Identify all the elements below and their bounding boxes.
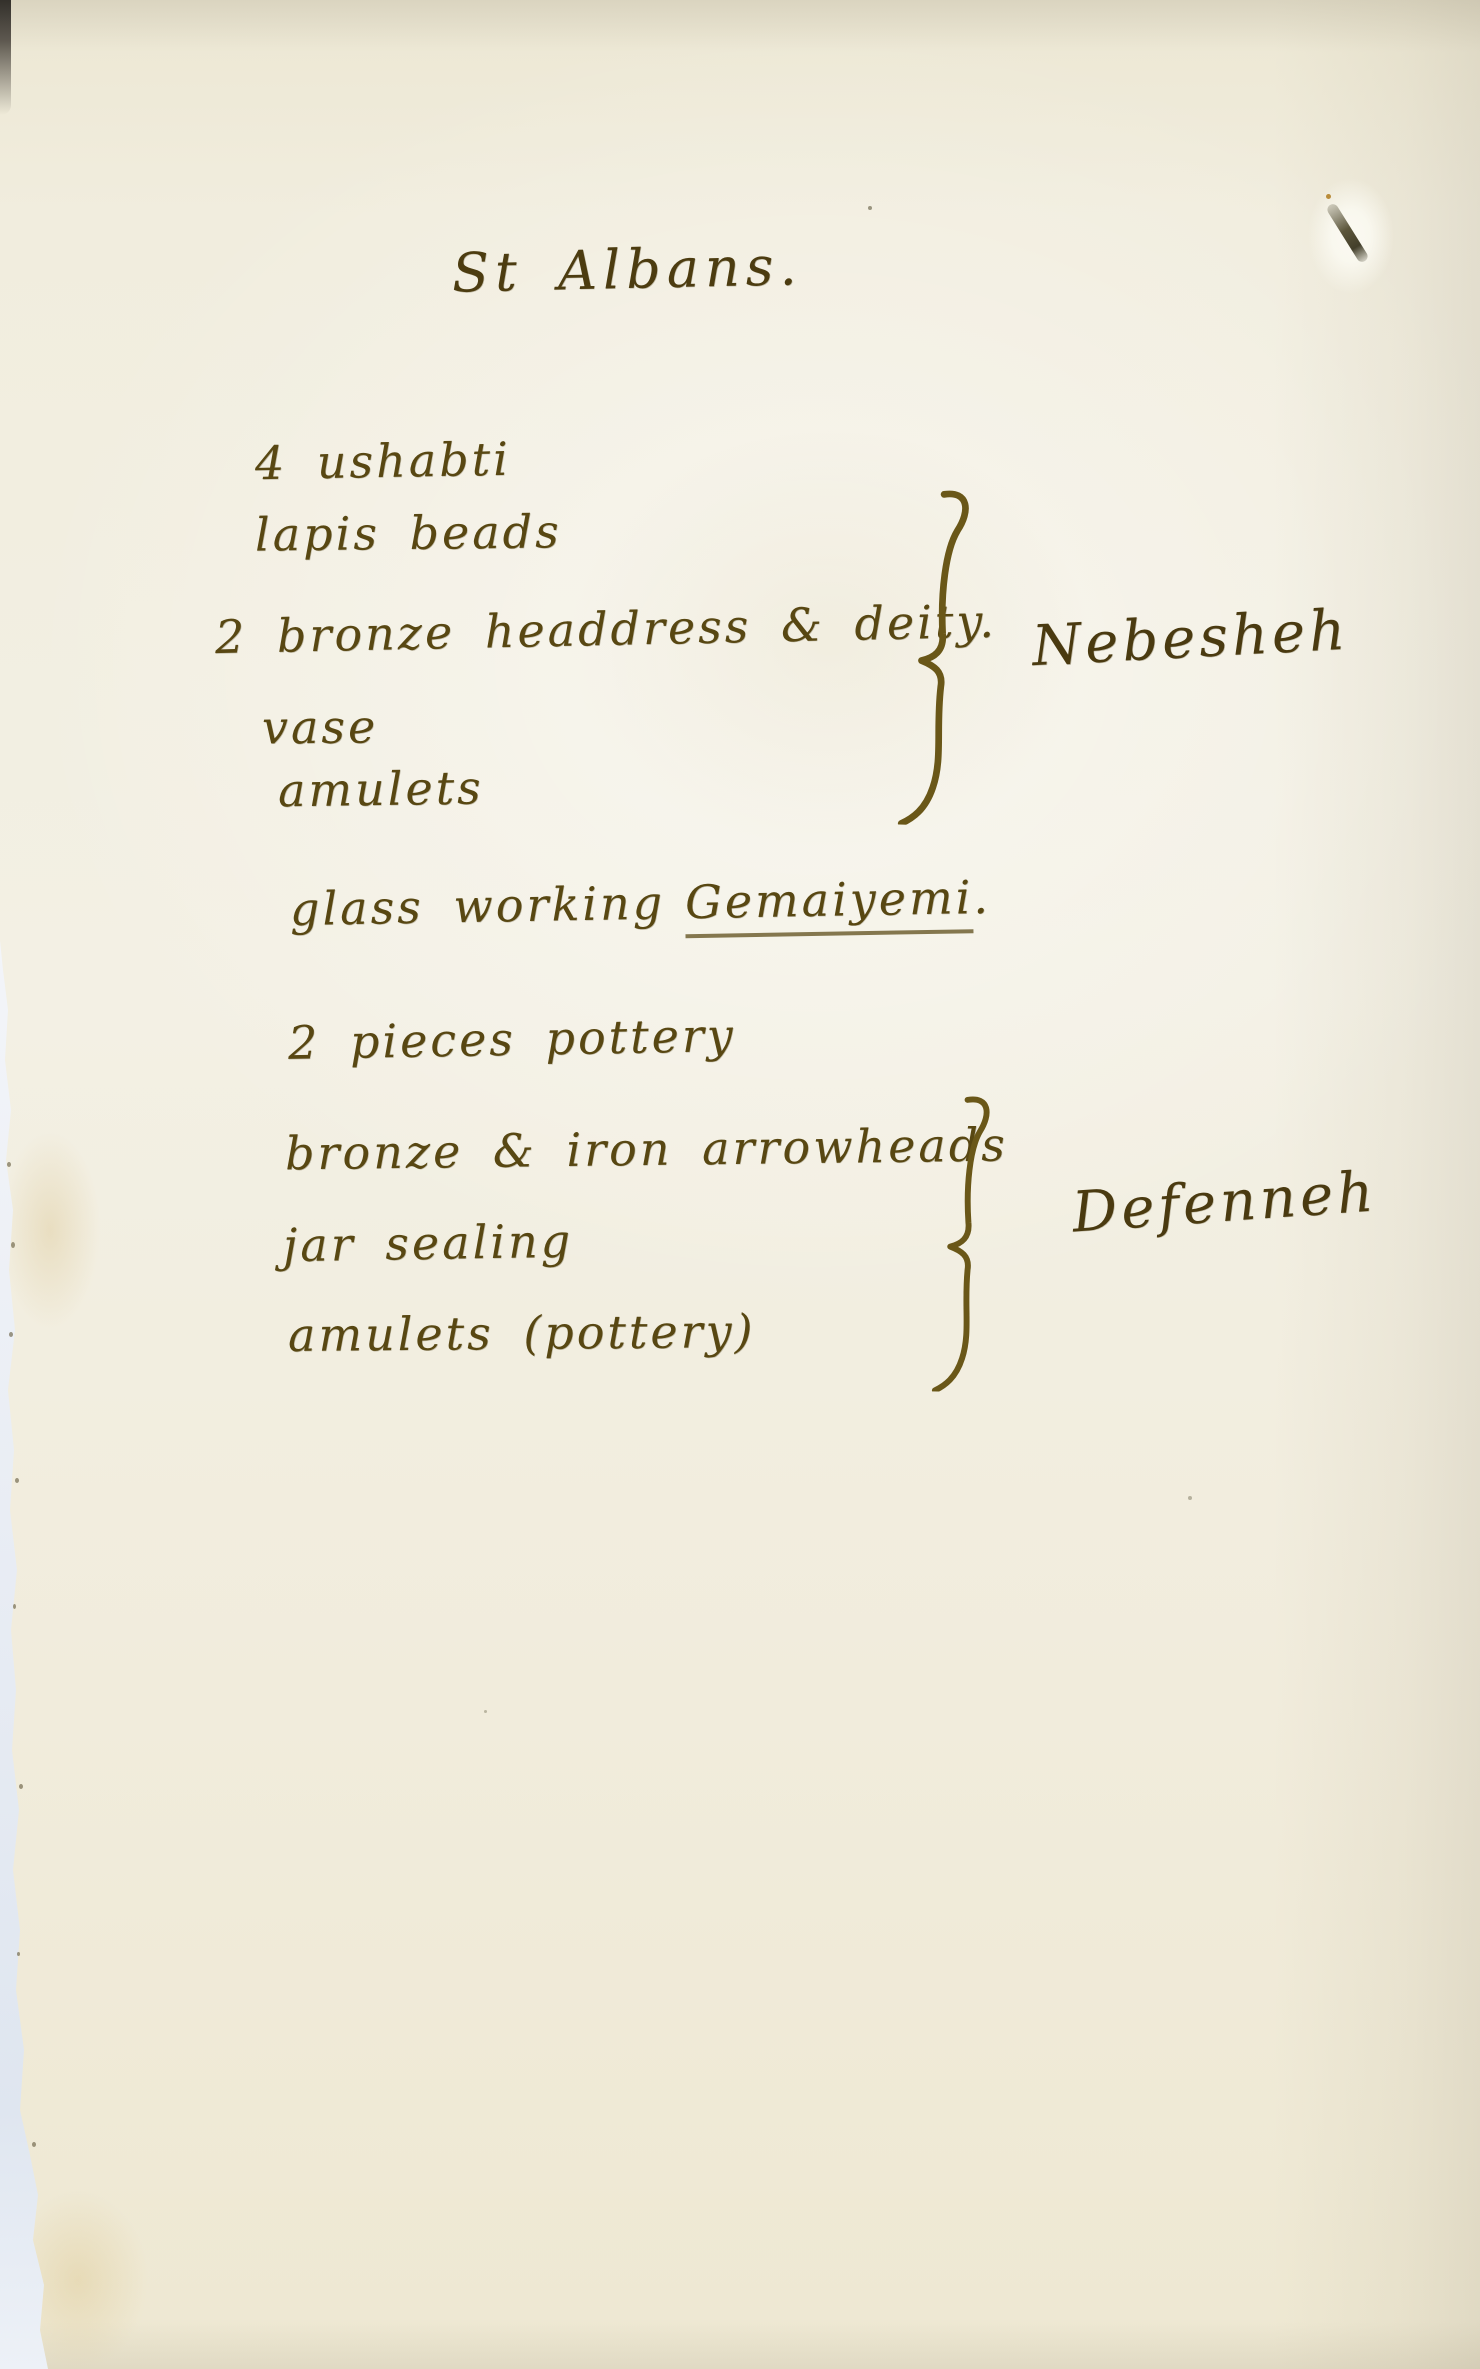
paper-speck [868, 206, 872, 210]
grouping-brace-defenneh [929, 1095, 1010, 1392]
paper-speck [1326, 194, 1331, 199]
paper-edge-speck [11, 1242, 15, 1248]
paper-edge-speck [19, 1784, 23, 1789]
page-title: St Albans. [451, 234, 803, 304]
paper-edge-speck [13, 1604, 16, 1609]
paper-stain [0, 1130, 100, 1330]
list-item: bronze & iron arrowheads [285, 1118, 1008, 1181]
paper-sheet: St Albans. 4 ushabti lapis beads 2 bronz… [0, 0, 1480, 2369]
list-item: vase [262, 699, 379, 754]
list-item: 2 pieces pottery [288, 1008, 737, 1070]
group-label-defenneh: Defenneh [1070, 1159, 1379, 1245]
group-label-nebesheh: Nebesheh [1031, 598, 1351, 680]
paper-edge-speck [15, 1478, 19, 1483]
crease-streak [1325, 202, 1369, 264]
paper-edge-speck [17, 1952, 20, 1956]
list-item: jar sealing [283, 1214, 574, 1273]
list-item: 2 bronze headdress & deity. [215, 594, 998, 664]
paper-speck [484, 1710, 487, 1713]
list-item: 4 ushabti [255, 432, 512, 490]
paper-speck [1188, 1496, 1192, 1500]
grouping-brace-nebesheh [896, 489, 992, 828]
list-item: amulets [278, 761, 484, 818]
note-line: glass workingGemaiyemi. [290, 870, 992, 945]
scan-background: St Albans. 4 ushabti lapis beads 2 bronz… [0, 0, 1480, 2369]
paper-edge-speck [32, 2142, 36, 2147]
corner-shadow [0, 0, 11, 115]
note-underlined-word: Gemaiyemi [685, 870, 974, 938]
torn-paper-edge [0, 940, 70, 2369]
note-prefix: glass working [290, 876, 666, 937]
list-item: lapis beads [255, 504, 562, 561]
list-item: amulets (pottery) [288, 1304, 756, 1362]
note-suffix: . [973, 870, 992, 924]
paper-crease-mark [1308, 178, 1394, 294]
paper-edge-speck [7, 1162, 11, 1167]
paper-edge-speck [9, 1332, 13, 1337]
